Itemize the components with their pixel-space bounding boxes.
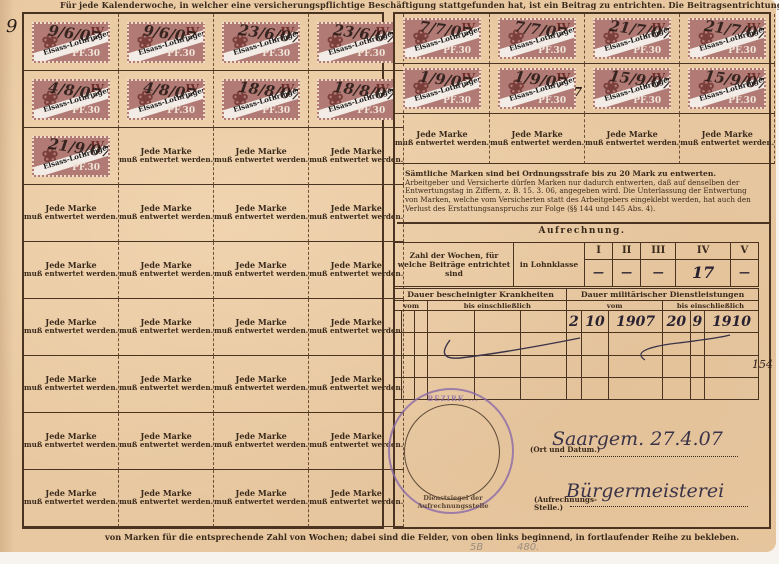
- right-stamp-grid: ❀Elsass-LothringenIVPF.307/7/07❀Elsass-L…: [395, 14, 769, 164]
- empty-stamp-cell: Jede Markemuß entwertet werden.: [24, 356, 119, 413]
- cell-line2: muß entwertet werden.: [490, 139, 584, 147]
- insurance-stamp: ❀Elsass-LothringenIVPF.3018/8/07: [222, 79, 300, 120]
- weeks-II: —: [613, 259, 641, 287]
- cell-line2: muß entwertet werden.: [119, 498, 213, 506]
- stamp-value: PF.30: [167, 49, 195, 59]
- cell-line2: muß entwertet werden.: [119, 156, 213, 164]
- empty-stamp-cell: Jede Markemuß entwertet werden.: [214, 185, 309, 242]
- stamp-cell: ❀Elsass-LothringenIVPF.304/8/07: [24, 71, 119, 128]
- stamp-cell: ❀Elsass-LothringenIVPF.3023/6/07: [309, 14, 404, 71]
- weeks-V: —: [730, 259, 758, 287]
- insurance-stamp: ❀Elsass-LothringenIVPF.3021/9/07: [32, 136, 110, 177]
- cell-line2: muß entwertet werden.: [119, 384, 213, 392]
- stamp-cell: ❀Elsass-LothringenIVPF.301/9/077: [490, 64, 585, 114]
- cell-line2: muß entwertet werden.: [309, 156, 403, 164]
- cell-line2: muß entwertet werden.: [119, 270, 213, 278]
- cell-line2: muß entwertet werden.: [24, 327, 118, 335]
- class-II: II: [613, 243, 641, 260]
- insurance-stamp: ❀Elsass-LothringenIVPF.301/9/07: [498, 68, 576, 109]
- weeks-III: —: [641, 259, 676, 287]
- insurance-stamp: ❀Elsass-LothringenIVPF.3023/6/07: [317, 22, 395, 63]
- stamp-value: PF.30: [72, 49, 100, 59]
- stamp-cell: ❀Elsass-LothringenIVPF.3023/6/07: [214, 14, 309, 71]
- seal-inner-circle: [404, 404, 500, 500]
- cell-line2: muß entwertet werden.: [24, 498, 118, 506]
- stamp-value: PF.30: [633, 96, 661, 106]
- cell-line2: muß entwertet werden.: [309, 270, 403, 278]
- empty-stamp-cell: Jede Markemuß entwertet werden.: [119, 242, 214, 299]
- empty-stamp-cell: Jede Markemuß entwertet werden.: [119, 356, 214, 413]
- stamp-value: PF.30: [357, 49, 385, 59]
- stamp-cell: ❀Elsass-LothringenIVPF.3015/9/07: [585, 64, 680, 114]
- stamp-value: PF.30: [262, 49, 290, 59]
- pencil-note-2: 480.: [517, 542, 539, 553]
- empty-slot-mark: 7: [574, 86, 582, 100]
- cell-line2: muß entwertet werden.: [214, 384, 308, 392]
- insurance-stamp: ❀Elsass-LothringenIVPF.3015/9/07: [688, 68, 766, 109]
- empty-stamp-cell: Jede Markemuß entwertet werden.: [24, 470, 119, 527]
- cell-line2: muß entwertet werden.: [214, 441, 308, 449]
- cell-line2: muß entwertet werden.: [119, 441, 213, 449]
- lohnklasse-label: in Lohnklasse: [514, 243, 585, 287]
- stamp-value: PF.30: [633, 46, 661, 56]
- insurance-stamp: ❀Elsass-LothringenIVPF.3023/6/07: [222, 22, 300, 63]
- stamp-cell: ❀Elsass-LothringenIVPF.307/7/07: [395, 14, 490, 64]
- stelle-label: (Aufrechnungs-Stelle.): [534, 496, 562, 512]
- mil-vom-label: vom: [567, 301, 663, 311]
- stamp-cell: ❀Elsass-LothringenIVPF.3018/8/07: [214, 71, 309, 128]
- stamp-value: PF.30: [72, 106, 100, 116]
- cell-line2: muß entwertet werden.: [214, 156, 308, 164]
- stamp-cell: ❀Elsass-LothringenIVPF.309/6/07: [24, 14, 119, 71]
- aufrechnung-table: Zahl der Wochen, für welche Beiträge ent…: [395, 242, 759, 287]
- stelle-signature: Bürgermeisterei: [566, 480, 724, 502]
- left-stamp-grid: ❀Elsass-LothringenIVPF.309/6/07❀Elsass-L…: [24, 14, 382, 527]
- stamp-cell: ❀Elsass-LothringenIVPF.3021/7/07: [680, 14, 775, 64]
- official-seal: BEZIRK ... Dienstsiegel der Aufrechnungs…: [388, 388, 514, 514]
- insurance-stamp: ❀Elsass-LothringenIVPF.3021/7/07: [688, 18, 766, 59]
- stamp-cell: ❀Elsass-LothringenIVPF.304/8/07: [119, 71, 214, 128]
- empty-stamp-cell: Jede Markemuß entwertet werden.: [309, 299, 404, 356]
- stamp-value: PF.30: [72, 163, 100, 173]
- notice-text: Arbeitgeber und Versicherte dürfen Marke…: [405, 178, 751, 213]
- stamp-value: PF.30: [357, 106, 385, 116]
- insurance-stamp: ❀Elsass-LothringenIVPF.309/6/07: [127, 22, 205, 63]
- cell-line2: muß entwertet werden.: [214, 327, 308, 335]
- seal-caption: Dienstsiegel der Aufrechnungsstelle: [390, 494, 516, 510]
- footer-instruction: von Marken für die entsprechende Zahl vo…: [105, 532, 705, 542]
- aufrechnung-title: Aufrechnung.: [395, 226, 769, 236]
- mil-bis-label: bis einschließlich: [663, 301, 759, 311]
- empty-stamp-cell: Jede Markemuß entwertet werden.: [119, 299, 214, 356]
- empty-stamp-cell: Jede Markemuß entwertet werden.: [24, 299, 119, 356]
- empty-stamp-cell: Jede Markemuß entwertet werden.: [490, 114, 585, 164]
- insurance-stamp: ❀Elsass-LothringenIVPF.3021/7/07: [593, 18, 671, 59]
- empty-stamp-cell: Jede Markemuß entwertet werden.: [214, 470, 309, 527]
- empty-stamp-cell: Jede Markemuß entwertet werden.: [395, 114, 490, 164]
- cell-line2: muß entwertet werden.: [309, 327, 403, 335]
- empty-stamp-cell: Jede Markemuß entwertet werden.: [309, 128, 404, 185]
- pencil-note-1: 5B: [470, 542, 483, 553]
- ort-datum-value: Saargem. 27.4.07: [552, 428, 723, 450]
- margin-note: 9: [6, 16, 17, 37]
- cell-line2: muß entwertet werden.: [24, 213, 118, 221]
- cell-line2: muß entwertet werden.: [214, 270, 308, 278]
- class-I: I: [585, 243, 613, 260]
- class-IV: IV: [676, 243, 730, 260]
- stamp-cell: ❀Elsass-LothringenIVPF.3021/7/07: [585, 14, 680, 64]
- notice-lead: Sämtliche Marken sind bei Ordnungsstrafe…: [405, 169, 716, 178]
- empty-stamp-cell: Jede Markemuß entwertet werden.: [119, 470, 214, 527]
- insurance-stamp: ❀Elsass-LothringenIVPF.3018/8/07: [317, 79, 395, 120]
- insurance-stamp: ❀Elsass-LothringenIVPF.301/9/07: [403, 68, 481, 109]
- insurance-stamp: ❀Elsass-LothringenIVPF.304/8/07: [127, 79, 205, 120]
- stamp-value: PF.30: [538, 46, 566, 56]
- stamp-value: PF.30: [728, 96, 756, 106]
- stamp-cell: ❀Elsass-LothringenIVPF.3018/8/07: [309, 71, 404, 128]
- cell-line2: muß entwertet werden.: [395, 139, 489, 147]
- cell-line2: muß entwertet werden.: [214, 498, 308, 506]
- insurance-stamp: ❀Elsass-LothringenIVPF.307/7/07: [403, 18, 481, 59]
- stamp-cell: ❀Elsass-LothringenIVPF.307/7/07: [490, 14, 585, 64]
- empty-stamp-cell: Jede Markemuß entwertet werden.: [214, 242, 309, 299]
- empty-stamp-cell: Jede Markemuß entwertet werden.: [309, 185, 404, 242]
- cell-line2: muß entwertet werden.: [309, 384, 403, 392]
- empty-stamp-cell: Jede Markemuß entwertet werden.: [119, 128, 214, 185]
- empty-stamp-cell: Jede Markemuß entwertet werden.: [24, 185, 119, 242]
- class-V: V: [730, 243, 758, 260]
- empty-stamp-cell: Jede Markemuß entwertet werden.: [24, 413, 119, 470]
- insurance-card: Für jede Kalenderwoche, in welcher eine …: [0, 0, 776, 552]
- empty-stamp-cell: Jede Markemuß entwertet werden.: [119, 185, 214, 242]
- empty-stamp-cell: Jede Markemuß entwertet werden.: [680, 114, 775, 164]
- empty-stamp-cell: Jede Markemuß entwertet werden.: [214, 128, 309, 185]
- cell-line2: muß entwertet werden.: [24, 441, 118, 449]
- stamp-cell: ❀Elsass-LothringenIVPF.309/6/07: [119, 14, 214, 71]
- militaer-header: Dauer militärischer Dienstleistungen: [567, 289, 759, 301]
- empty-stamp-cell: Jede Markemuß entwertet werden.: [309, 242, 404, 299]
- weeks-IV: 17: [676, 259, 730, 287]
- side-number: 154: [752, 358, 773, 371]
- cell-line2: muß entwertet werden.: [119, 327, 213, 335]
- card-edge-shadow: [0, 0, 14, 552]
- empty-stamp-cell: Jede Markemuß entwertet werden.: [214, 299, 309, 356]
- stamp-value: PF.30: [262, 106, 290, 116]
- cell-line2: muß entwertet werden.: [24, 270, 118, 278]
- empty-stamp-cell: Jede Markemuß entwertet werden.: [214, 413, 309, 470]
- stamp-cell: ❀Elsass-LothringenIVPF.3021/9/07: [24, 128, 119, 185]
- cell-line2: muß entwertet werden.: [119, 213, 213, 221]
- weeks-I: —: [585, 259, 613, 287]
- krankheiten-header: Dauer bescheinigter Krankheiten: [395, 289, 567, 301]
- cell-line2: muß entwertet werden.: [309, 213, 403, 221]
- stamp-cell: ❀Elsass-LothringenIVPF.301/9/07: [395, 64, 490, 114]
- stamp-value: PF.30: [443, 46, 471, 56]
- cell-line2: muß entwertet werden.: [214, 213, 308, 221]
- seal-outer-text: BEZIRK ...: [390, 394, 516, 403]
- empty-stamp-cell: Jede Markemuß entwertet werden.: [585, 114, 680, 164]
- ort-datum-line: [560, 456, 738, 457]
- entwertung-notice: Sämtliche Marken sind bei Ordnungsstrafe…: [397, 166, 769, 224]
- insurance-stamp: ❀Elsass-LothringenIVPF.304/8/07: [32, 79, 110, 120]
- cell-line2: muß entwertet werden.: [585, 139, 679, 147]
- empty-stamp-cell: Jede Markemuß entwertet werden.: [309, 356, 404, 413]
- stamp-value: PF.30: [728, 46, 756, 56]
- krank-vom-label: vom: [395, 301, 428, 311]
- stamp-value: PF.30: [538, 96, 566, 106]
- cell-line2: muß entwertet werden.: [24, 384, 118, 392]
- empty-stamp-cell: Jede Markemuß entwertet werden.: [24, 242, 119, 299]
- class-III: III: [641, 243, 676, 260]
- stamp-cell: ❀Elsass-LothringenIVPF.3015/9/07: [680, 64, 775, 114]
- empty-stamp-cell: Jede Markemuß entwertet werden.: [119, 413, 214, 470]
- stelle-line: [570, 506, 748, 507]
- stamp-value: PF.30: [443, 96, 471, 106]
- insurance-stamp: ❀Elsass-LothringenIVPF.309/6/07: [32, 22, 110, 63]
- header-instruction: Für jede Kalenderwoche, in welcher eine …: [60, 0, 760, 10]
- stamp-value: PF.30: [167, 106, 195, 116]
- krank-bis-label: bis einschließlich: [428, 301, 567, 311]
- weeks-label: Zahl der Wochen, für welche Beiträge ent…: [395, 243, 514, 287]
- insurance-stamp: ❀Elsass-LothringenIVPF.307/7/07: [498, 18, 576, 59]
- strike-through-krankheiten: [430, 320, 740, 370]
- empty-stamp-cell: Jede Markemuß entwertet werden.: [214, 356, 309, 413]
- cell-line2: muß entwertet werden.: [680, 139, 774, 147]
- insurance-stamp: ❀Elsass-LothringenIVPF.3015/9/07: [593, 68, 671, 109]
